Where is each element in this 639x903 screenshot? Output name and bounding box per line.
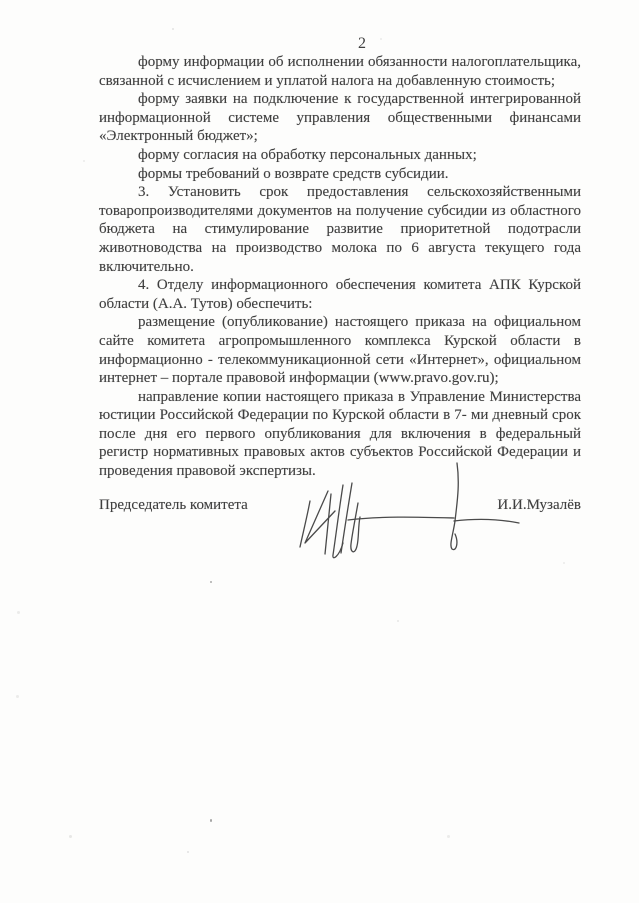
scan-speck [563, 562, 565, 564]
paragraph-refund-claim-forms: формы требований о возврате средств субс… [99, 165, 581, 184]
paragraph-consent-form: форму согласия на обработку персональных… [99, 146, 581, 165]
paragraph-item-3-deadline: 3. Установить срок предоставления сельск… [99, 183, 581, 276]
scan-speck [16, 695, 19, 698]
paragraph-tax-info-form: форму информации об исполнении обязаннос… [99, 53, 581, 90]
scan-speck [187, 851, 189, 853]
scan-speck [447, 835, 450, 838]
scan-speck [210, 819, 212, 822]
scan-speck [380, 38, 382, 40]
paragraph-application-form: форму заявки на подключение к государств… [99, 90, 581, 146]
document-body: форму информации об исполнении обязаннос… [99, 53, 581, 481]
page-number: 2 [358, 35, 366, 53]
scan-speck [210, 581, 212, 583]
scanned-document-page: 2 форму информации об исполнении обязанн… [0, 0, 639, 903]
scan-speck [172, 28, 174, 30]
signoff-title: Председатель комитета [99, 497, 248, 514]
scan-speck [397, 620, 399, 622]
scan-speck [83, 160, 85, 162]
paragraph-publication: размещение (опубликование) настоящего пр… [99, 313, 581, 387]
handwritten-signature [291, 455, 531, 573]
paragraph-item-4-it-dept: 4. Отделу информационного обеспечения ко… [99, 276, 581, 313]
scan-speck [17, 611, 20, 614]
scan-speck [69, 835, 72, 838]
